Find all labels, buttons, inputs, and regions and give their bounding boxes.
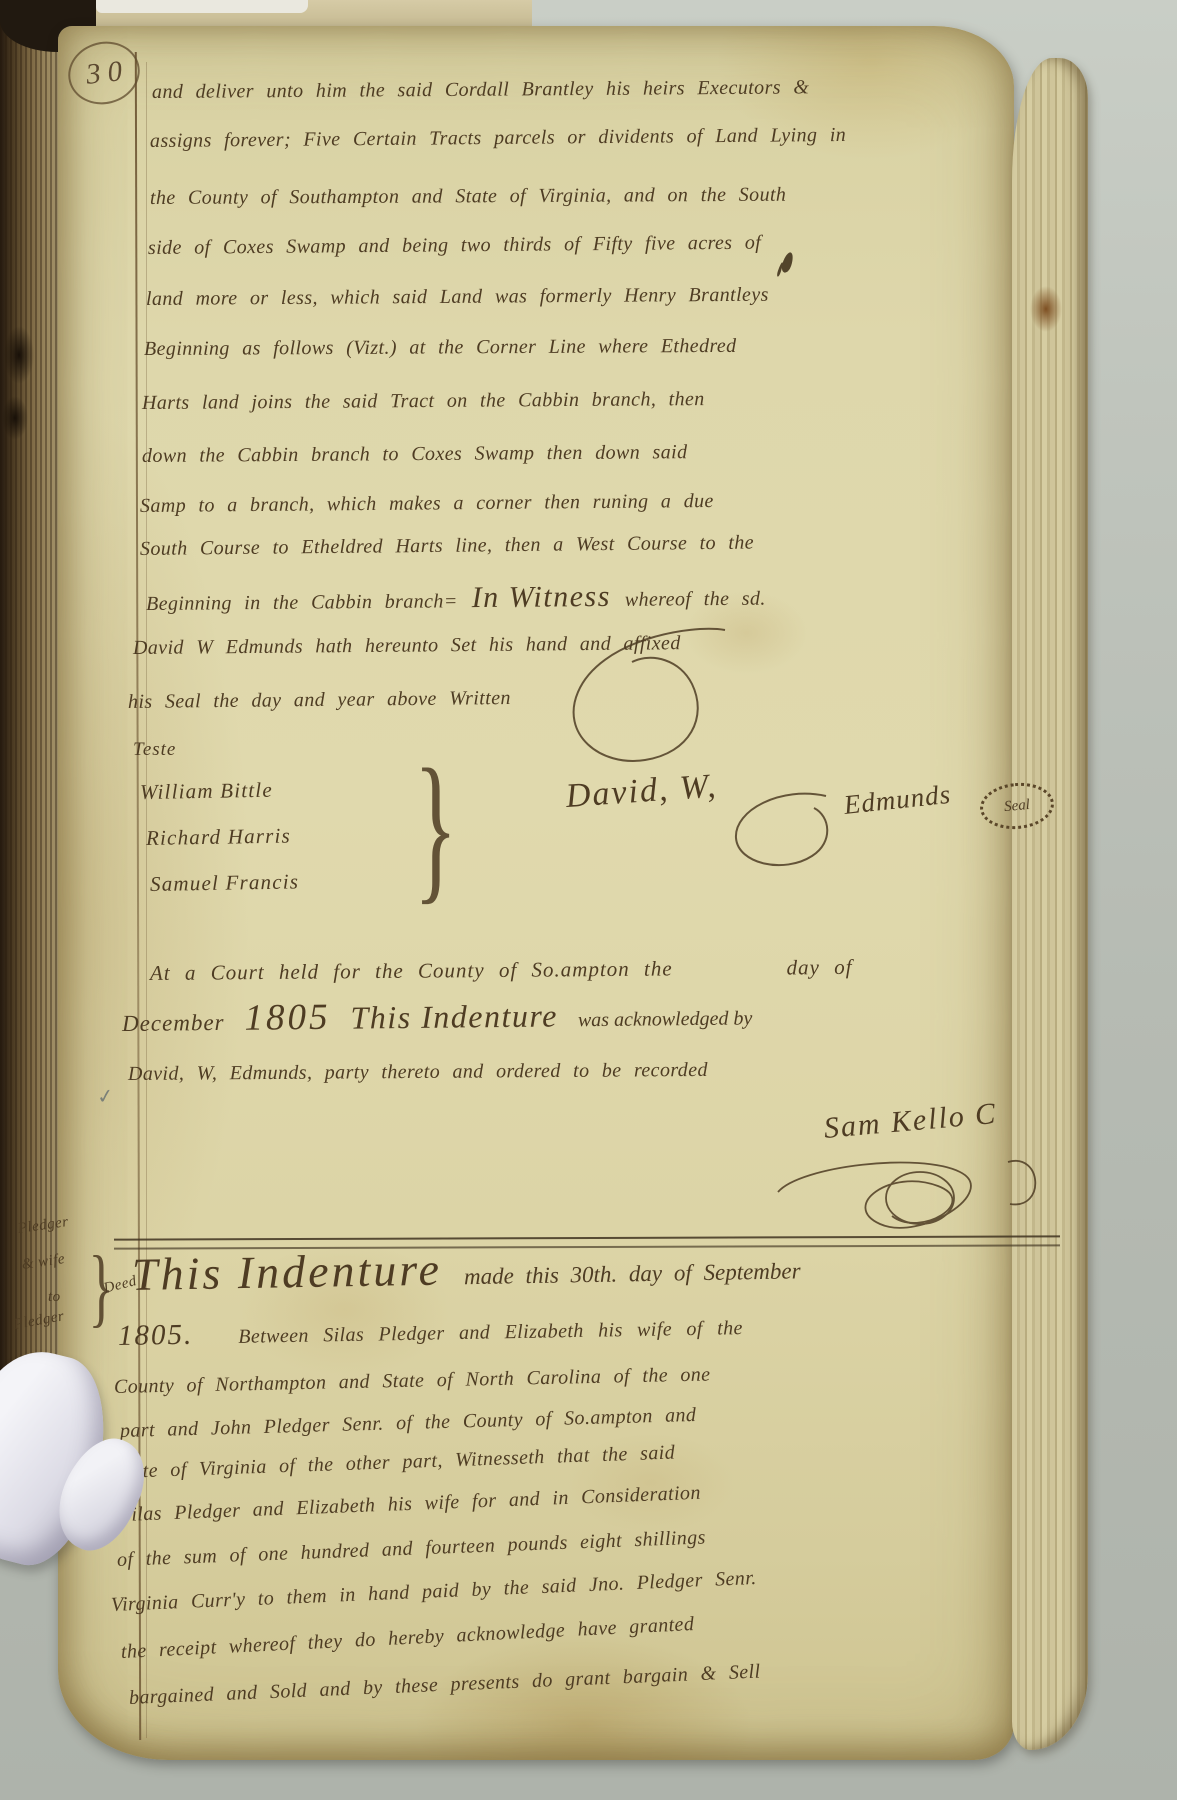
text-line: side of Coxes Swamp and being two thirds… [148,231,761,261]
court-indenture-words: This Indenture [350,995,558,1037]
witness-name: Richard Harris [146,822,291,851]
closing-post: whereof the sd. [625,587,766,613]
text-line: land more or less, which said Land was f… [146,283,769,312]
page-number: 30 [77,54,130,92]
court-line-rest: was acknowledged by [578,1006,753,1033]
signature-flourish [726,790,838,872]
text-line: Harts land joins the said Tract on the C… [142,387,705,416]
in-witness-words: In Witness [471,578,610,617]
court-year: 1805 [244,995,330,1042]
book-binding [0,0,62,1378]
deed2-opening-rest: made this 30th. day of September [464,1257,801,1292]
deed2-indenture-words: This Indenture [131,1241,442,1304]
text-line: Beginning in the Cabbin branch= In Witne… [146,577,766,620]
text-line: Beginning as follows (Vizt.) at the Corn… [144,334,737,362]
margin-rule-faint [146,62,147,1738]
text-line: his Seal the day and year above Written [128,686,511,715]
text-line: the County of Southampton and State of V… [150,183,786,211]
deed2-opening: This Indenture made this 30th. day of Se… [131,1234,800,1303]
manuscript-photo: 30 and deliver unto him the said Cordall… [0,0,1177,1800]
fore-edge-stain [1030,286,1062,332]
text-line: down the Cabbin branch to Coxes Swamp th… [142,440,688,469]
book-top-cloth [96,0,308,13]
witness-brace: } [414,744,458,909]
check-mark: ✓ [95,1083,115,1110]
pen-flourish [540,622,745,772]
court-record-line: David, W, Edmunds, party thereto and ord… [128,1058,708,1087]
teste-label: Teste [133,738,176,762]
deed2-year: 1805. [118,1317,194,1355]
court-record-line: December 1805 This Indenture was acknowl… [122,990,753,1043]
binding-stain [4,326,34,384]
witness-name: William Bittle [140,777,273,806]
text-line: and deliver unto him the said Cordall Br… [152,75,809,105]
binding-stain [2,396,28,440]
seal-label: Seal [1003,796,1030,815]
closing-pre: Beginning in the Cabbin branch= [146,589,458,617]
margin-note-to: to [48,1288,61,1307]
court-month: December [122,1009,225,1039]
text-line: Samp to a branch, which makes a corner t… [140,489,714,519]
clerk-flourish [770,1146,1050,1248]
witness-name: Samuel Francis [150,868,300,897]
